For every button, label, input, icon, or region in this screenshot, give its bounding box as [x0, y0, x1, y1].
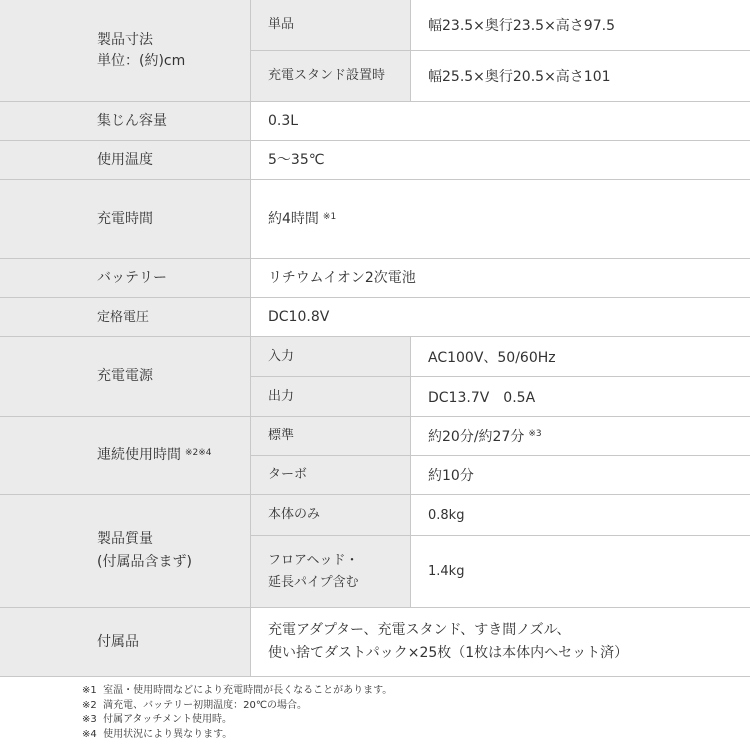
sub-label: 出力 — [251, 377, 411, 416]
footnote: ※4 使用状況により異なります。 — [82, 728, 392, 743]
spec-label: バッテリー — [0, 259, 251, 297]
sub-value: 1.4kg — [411, 536, 750, 607]
sub-row-with-stand: 充電スタンド設置時 幅25.5×奥行20.5×高さ101 — [251, 50, 750, 101]
note-mark: ※1 — [323, 206, 336, 229]
spec-row-rated-voltage: 定格電圧 DC10.8V — [0, 298, 750, 337]
spec-row-dust-capacity: 集じん容量 0.3L — [0, 102, 750, 141]
footnote: ※1 室温・使用時間などにより充電時間が長くなることがあります。 — [82, 684, 392, 699]
sub-label: 充電スタンド設置時 — [251, 51, 411, 101]
label-line: 製品寸法 — [97, 30, 153, 51]
value-text: 約20分/約27分 — [428, 426, 524, 446]
spec-row-charging-power: 充電電源 入力 AC100V、50/60Hz 出力 DC13.7V 0.5A — [0, 337, 750, 417]
sub-row-single: 単品 幅23.5×奥行23.5×高さ97.5 — [251, 0, 750, 50]
sub-row-input: 入力 AC100V、50/60Hz — [251, 337, 750, 376]
sub-label: ターボ — [251, 456, 411, 494]
label-line: (付属品含まず) — [97, 551, 192, 574]
sub-value: DC13.7V 0.5A — [411, 377, 750, 416]
label-line: フロアヘッド・ — [268, 550, 358, 572]
sub-value: 幅25.5×奥行20.5×高さ101 — [411, 51, 750, 101]
sub-label: 入力 — [251, 337, 411, 376]
spec-label: 付属品 — [0, 608, 251, 676]
spec-row-weight: 製品質量 (付属品含まず) 本体のみ 0.8kg フロアヘッド・ 延長パイプ含む… — [0, 495, 750, 608]
value-line: 充電アダプター、充電スタンド、すき間ノズル、 — [268, 619, 571, 642]
spec-row-accessories: 付属品 充電アダプター、充電スタンド、すき間ノズル、 使い捨てダストパック×25… — [0, 608, 750, 677]
sub-value: 約20分/約27分 ※3 — [411, 417, 750, 455]
spec-label-dimensions: 製品寸法 単位：(約)cm — [0, 0, 251, 101]
sub-value: 0.8kg — [411, 495, 750, 535]
spec-value: リチウムイオン2次電池 — [251, 259, 750, 297]
note-mark: ※3 — [528, 429, 541, 439]
spec-value: DC10.8V — [251, 298, 750, 336]
value-text: 約4時間 — [268, 208, 319, 231]
spec-label: 集じん容量 — [0, 102, 251, 140]
sub-value: AC100V、50/60Hz — [411, 337, 750, 376]
sub-row-turbo: ターボ 約10分 — [251, 455, 750, 494]
spec-label: 充電電源 — [0, 337, 251, 416]
spec-row-battery: バッテリー リチウムイオン2次電池 — [0, 259, 750, 298]
spec-label: 連続使用時間 ※2※4 — [0, 417, 251, 494]
sub-label: 本体のみ — [251, 495, 411, 535]
spec-label: 使用温度 — [0, 141, 251, 179]
note-mark: ※2※4 — [185, 443, 212, 464]
label-text: 連続使用時間 — [97, 445, 181, 466]
spec-label: 充電時間 — [0, 180, 251, 258]
spec-label: 定格電圧 — [0, 298, 251, 336]
label-line: 延長パイプ含む — [268, 572, 359, 594]
footnote: ※3 付属アタッチメント使用時。 — [82, 713, 392, 728]
label-line: 製品質量 — [97, 528, 153, 551]
sub-row-output: 出力 DC13.7V 0.5A — [251, 376, 750, 416]
sub-row-with-head: フロアヘッド・ 延長パイプ含む 1.4kg — [251, 535, 750, 607]
spec-row-usage-time: 連続使用時間 ※2※4 標準 約20分/約27分 ※3 ターボ 約10分 — [0, 417, 750, 495]
label-line: 単位：(約)cm — [97, 51, 185, 72]
footnote: ※2 満充電、バッテリー初期温度：20℃の場合。 — [82, 699, 392, 714]
spec-row-charging-time: 充電時間 約4時間 ※1 — [0, 180, 750, 259]
sub-row-body-only: 本体のみ 0.8kg — [251, 495, 750, 535]
spec-value: 約4時間 ※1 — [251, 180, 750, 258]
value-line: 使い捨てダストパック×25枚（1枚は本体内へセット済） — [268, 642, 628, 665]
sub-value: 約10分 — [411, 456, 750, 494]
sub-label: 標準 — [251, 417, 411, 455]
sub-value: 幅23.5×奥行23.5×高さ97.5 — [411, 0, 750, 50]
spec-value: 5～35℃ — [251, 141, 750, 179]
sub-label: 単品 — [251, 0, 411, 50]
footnotes: ※1 室温・使用時間などにより充電時間が長くなることがあります。 ※2 満充電、… — [82, 684, 392, 742]
spec-row-temperature: 使用温度 5～35℃ — [0, 141, 750, 180]
spec-row-dimensions: 製品寸法 単位：(約)cm 単品 幅23.5×奥行23.5×高さ97.5 充電ス… — [0, 0, 750, 102]
sub-label: フロアヘッド・ 延長パイプ含む — [251, 536, 411, 607]
spec-label: 製品質量 (付属品含まず) — [0, 495, 251, 607]
spec-value: 充電アダプター、充電スタンド、すき間ノズル、 使い捨てダストパック×25枚（1枚… — [251, 608, 750, 676]
spec-value: 0.3L — [251, 102, 750, 140]
sub-row-standard: 標準 約20分/約27分 ※3 — [251, 417, 750, 455]
